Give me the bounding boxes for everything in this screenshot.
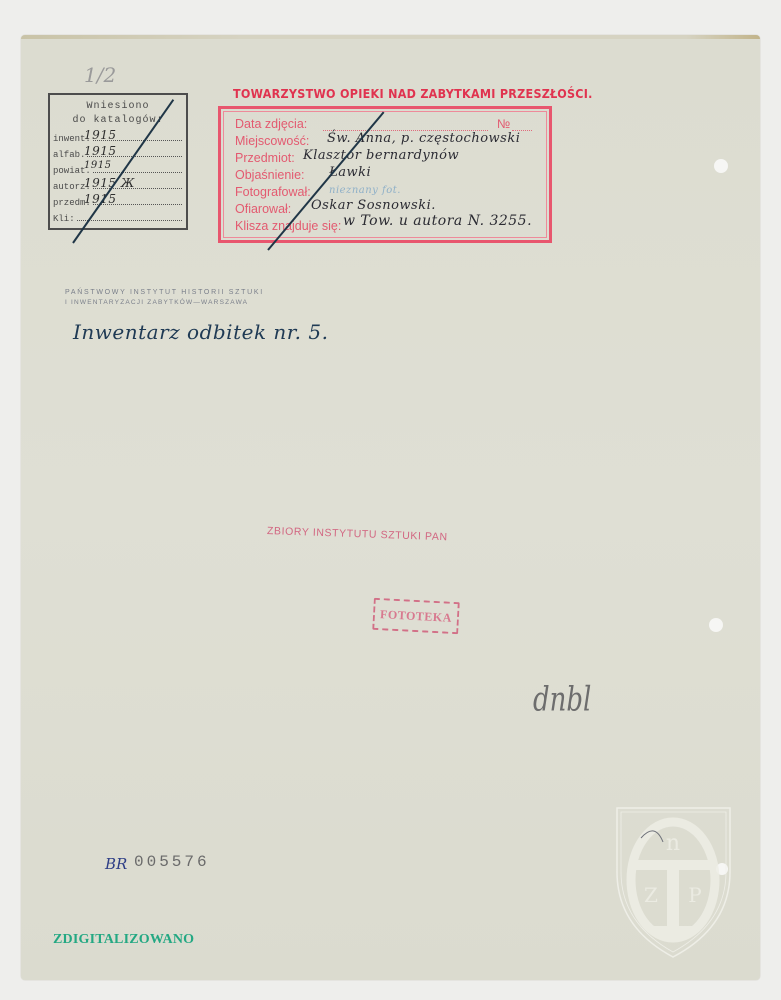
field-row: Fotografował: bbox=[235, 185, 311, 199]
catalog-row: alfab. 1915 bbox=[50, 144, 186, 160]
field-value-photographer: nieznany fot. bbox=[329, 185, 401, 196]
document-page: 1/2 Wniesiono do katalogów: inwent. 1915… bbox=[21, 35, 760, 980]
punch-hole bbox=[709, 618, 723, 632]
field-label: Przedmiot: bbox=[235, 151, 295, 165]
svg-text:n: n bbox=[666, 831, 680, 856]
field-row: Data zdjęcia: № bbox=[235, 117, 307, 131]
catalog-stamp-box: Wniesiono do katalogów: inwent. 1915 alf… bbox=[48, 93, 188, 230]
svg-text:P: P bbox=[688, 883, 701, 907]
field-row: Miejscowość: bbox=[235, 134, 309, 148]
field-label: Ofiarował: bbox=[235, 202, 291, 216]
collection-stamp: ZBIORY INSTYTUTU SZTUKI PAN bbox=[267, 525, 448, 543]
svg-text:Z: Z bbox=[644, 883, 658, 907]
catalog-row-value: 1915 bbox=[84, 160, 111, 171]
society-stamp-box: Data zdjęcia: № Miejscowość: Św. Anna, p… bbox=[218, 106, 552, 243]
society-stamp-title: TOWARZYSTWO OPIEKI NAD ZABYTKAMI PRZESZŁ… bbox=[233, 87, 593, 101]
institute-stamp: PAŃSTWOWY INSTYTUT HISTORII SZTUKI I INW… bbox=[65, 288, 264, 308]
punch-hole bbox=[714, 159, 728, 173]
catalog-row: powiat. 1915 bbox=[50, 160, 186, 176]
pencil-note: dnbl bbox=[533, 681, 591, 720]
watermark-shield-icon: n Z P bbox=[611, 802, 736, 962]
reference-number: 005576 bbox=[134, 853, 210, 871]
catalog-row-value: 1915 bbox=[84, 144, 117, 158]
catalog-row: inwent. 1915 bbox=[50, 128, 186, 144]
catalog-heading-line2: do katalogów: bbox=[50, 114, 186, 128]
institute-stamp-line2: I INWENTARYZACJI ZABYTKÓW—WARSZAWA bbox=[65, 298, 264, 308]
number-label: № bbox=[497, 117, 510, 131]
field-label: Objaśnienie: bbox=[235, 168, 305, 182]
field-row: Przedmiot: bbox=[235, 151, 295, 165]
inventory-note: Inwentarz odbitek nr. 5. bbox=[73, 320, 328, 344]
digitized-stamp: ZDIGITALIZOWANO bbox=[53, 932, 194, 948]
field-label: Fotografował: bbox=[235, 185, 311, 199]
handwritten-fraction: 1/2 bbox=[84, 63, 116, 87]
catalog-row-label: Kli: bbox=[53, 214, 75, 224]
catalog-row-value: 1915 bbox=[84, 128, 117, 142]
catalog-heading: Wniesiono do katalogów: bbox=[50, 100, 186, 128]
reference-prefix: BR bbox=[105, 855, 127, 873]
field-value-donor: Oskar Sosnowski. bbox=[311, 198, 436, 213]
field-row: Objaśnienie: bbox=[235, 168, 305, 182]
field-value-negative: w Tow. u autora N. 3255. bbox=[343, 213, 532, 229]
field-row: Ofiarował: bbox=[235, 202, 291, 216]
catalog-row: Kli: bbox=[50, 208, 186, 224]
field-label: Miejscowość: bbox=[235, 134, 309, 148]
fototeka-stamp: FOTOTEKA bbox=[372, 598, 460, 634]
institute-stamp-line1: PAŃSTWOWY INSTYTUT HISTORII SZTUKI bbox=[65, 288, 264, 298]
catalog-row-label: alfab. bbox=[53, 150, 85, 160]
catalog-row: przedm. 1915 bbox=[50, 192, 186, 208]
field-label: Data zdjęcia: bbox=[235, 117, 307, 131]
field-value-subject: Klasztor bernardynów bbox=[303, 148, 459, 163]
